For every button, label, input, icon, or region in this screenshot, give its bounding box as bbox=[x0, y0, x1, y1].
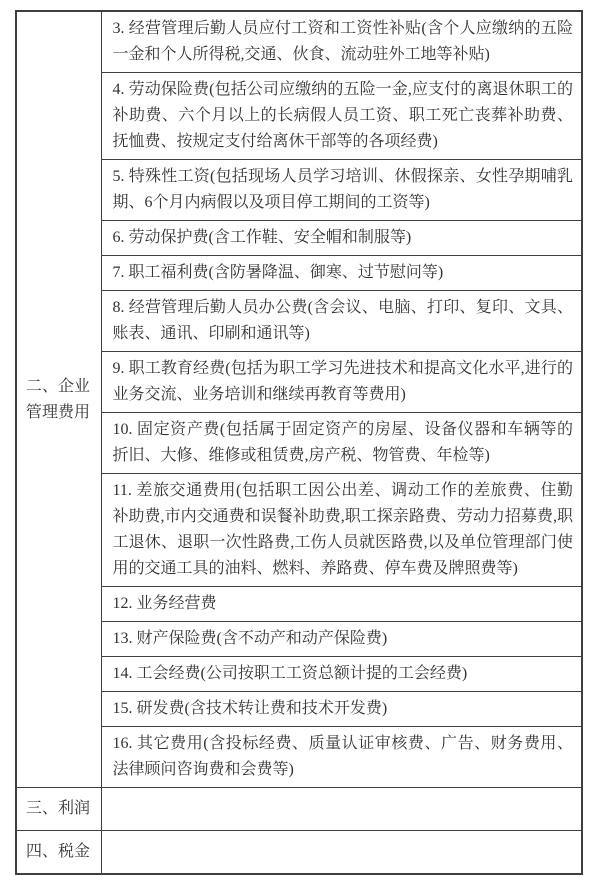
category-cell-profit: 三、利润 bbox=[16, 788, 101, 831]
table-row: 10. 固定资产费(包括属于固定资产的房屋、设备仪器和车辆等的折旧、大修、维修或… bbox=[16, 413, 582, 474]
category-cell-tax: 四、税金 bbox=[16, 831, 101, 875]
expense-item-6: 6. 劳动保护费(含工作鞋、安全帽和制服等) bbox=[101, 221, 582, 256]
table-row: 15. 研发费(含技术转让费和技术开发费) bbox=[16, 692, 582, 727]
table-row: 二、企业管理费用 3. 经营管理后勤人员应付工资和工资性补贴(含个人应缴纳的五险… bbox=[16, 11, 582, 73]
table-row: 5. 特殊性工资(包括现场人员学习培训、休假探亲、女性孕期哺乳期、6个月内病假以… bbox=[16, 160, 582, 221]
expense-item-16: 16. 其它费用(含投标经费、质量认证审核费、广告、财务费用、法律顾问咨询费和会… bbox=[101, 727, 582, 788]
profit-value-cell bbox=[101, 788, 582, 831]
expense-item-5: 5. 特殊性工资(包括现场人员学习培训、休假探亲、女性孕期哺乳期、6个月内病假以… bbox=[101, 160, 582, 221]
expense-item-3: 3. 经营管理后勤人员应付工资和工资性补贴(含个人应缴纳的五险一金和个人所得税,… bbox=[101, 11, 582, 73]
expense-item-14: 14. 工会经费(公司按职工工资总额计提的工会经费) bbox=[101, 657, 582, 692]
table-row: 13. 财产保险费(含不动产和动产保险费) bbox=[16, 622, 582, 657]
expense-item-15: 15. 研发费(含技术转让费和技术开发费) bbox=[101, 692, 582, 727]
table-row: 11. 差旅交通费用(包括职工因公出差、调动工作的差旅费、住勤补助费,市内交通费… bbox=[16, 474, 582, 587]
expense-item-9: 9. 职工教育经费(包括为职工学习先进技术和提高文化水平,进行的业务交流、业务培… bbox=[101, 352, 582, 413]
document-page: 二、企业管理费用 3. 经营管理后勤人员应付工资和工资性补贴(含个人应缴纳的五险… bbox=[0, 0, 597, 876]
expense-table: 二、企业管理费用 3. 经营管理后勤人员应付工资和工资性补贴(含个人应缴纳的五险… bbox=[15, 10, 583, 875]
expense-item-7: 7. 职工福利费(含防暑降温、御寒、过节慰问等) bbox=[101, 256, 582, 291]
table-row: 四、税金 bbox=[16, 831, 582, 875]
expense-item-13: 13. 财产保险费(含不动产和动产保险费) bbox=[101, 622, 582, 657]
category-cell-enterprise-management: 二、企业管理费用 bbox=[16, 11, 101, 788]
table-row: 6. 劳动保护费(含工作鞋、安全帽和制服等) bbox=[16, 221, 582, 256]
expense-item-4: 4. 劳动保险费(包括公司应缴纳的五险一金,应支付的离退休职工的补助费、六个月以… bbox=[101, 73, 582, 160]
table-row: 14. 工会经费(公司按职工工资总额计提的工会经费) bbox=[16, 657, 582, 692]
table-row: 16. 其它费用(含投标经费、质量认证审核费、广告、财务费用、法律顾问咨询费和会… bbox=[16, 727, 582, 788]
table-row: 7. 职工福利费(含防暑降温、御寒、过节慰问等) bbox=[16, 256, 582, 291]
tax-value-cell bbox=[101, 831, 582, 875]
table-row: 三、利润 bbox=[16, 788, 582, 831]
table-row: 8. 经营管理后勤人员办公费(含会议、电脑、打印、复印、文具、账表、通讯、印刷和… bbox=[16, 291, 582, 352]
expense-item-12: 12. 业务经营费 bbox=[101, 587, 582, 622]
expense-item-11: 11. 差旅交通费用(包括职工因公出差、调动工作的差旅费、住勤补助费,市内交通费… bbox=[101, 474, 582, 587]
table-row: 12. 业务经营费 bbox=[16, 587, 582, 622]
table-row: 4. 劳动保险费(包括公司应缴纳的五险一金,应支付的离退休职工的补助费、六个月以… bbox=[16, 73, 582, 160]
table-row: 9. 职工教育经费(包括为职工学习先进技术和提高文化水平,进行的业务交流、业务培… bbox=[16, 352, 582, 413]
expense-item-10: 10. 固定资产费(包括属于固定资产的房屋、设备仪器和车辆等的折旧、大修、维修或… bbox=[101, 413, 582, 474]
expense-item-8: 8. 经营管理后勤人员办公费(含会议、电脑、打印、复印、文具、账表、通讯、印刷和… bbox=[101, 291, 582, 352]
